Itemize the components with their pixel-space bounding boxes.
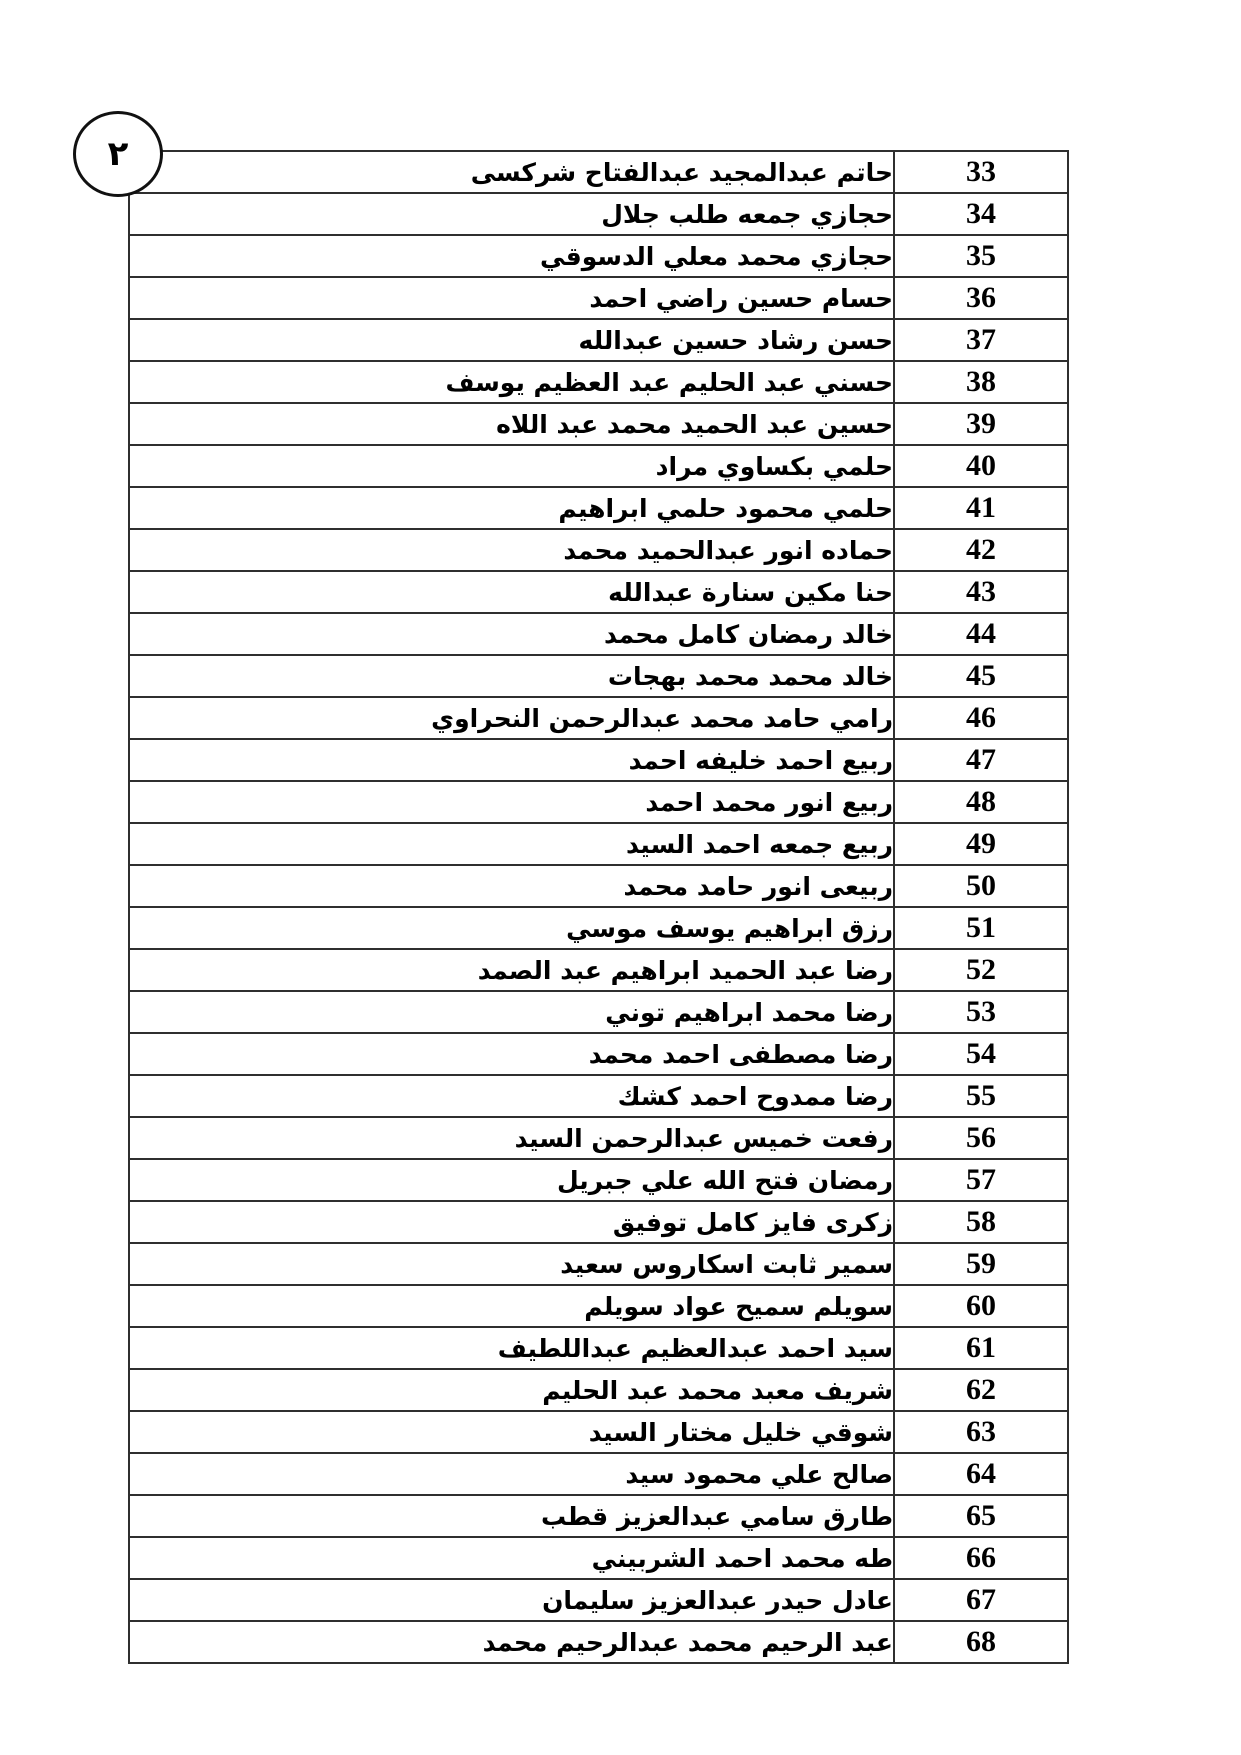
table-row: 54رضا مصطفى احمد محمد <box>129 1033 1068 1075</box>
table-row: 43حنا مكين سنارة عبدالله <box>129 571 1068 613</box>
page-number-badge: ٢ <box>73 111 163 197</box>
row-number: 65 <box>894 1495 1068 1537</box>
row-number: 41 <box>894 487 1068 529</box>
row-name: رضا محمد ابراهيم توني <box>129 991 894 1033</box>
table-row: 63شوقي خليل مختار السيد <box>129 1411 1068 1453</box>
table-row: 40حلمي بكساوي مراد <box>129 445 1068 487</box>
row-number: 35 <box>894 235 1068 277</box>
row-name: حلمي محمود حلمي ابراهيم <box>129 487 894 529</box>
row-number: 54 <box>894 1033 1068 1075</box>
row-number: 53 <box>894 991 1068 1033</box>
table-row: 42حماده انور عبدالحميد محمد <box>129 529 1068 571</box>
table-row: 56رفعت خميس عبدالرحمن السيد <box>129 1117 1068 1159</box>
table-row: 57رمضان فتح الله علي جبريل <box>129 1159 1068 1201</box>
table-row: 55رضا ممدوح احمد كشك <box>129 1075 1068 1117</box>
row-name: حماده انور عبدالحميد محمد <box>129 529 894 571</box>
table-row: 45خالد محمد محمد بهجات <box>129 655 1068 697</box>
row-number: 58 <box>894 1201 1068 1243</box>
table-row: 67عادل حيدر عبدالعزيز سليمان <box>129 1579 1068 1621</box>
row-number: 60 <box>894 1285 1068 1327</box>
table-row: 44خالد رمضان كامل محمد <box>129 613 1068 655</box>
row-name: سويلم سميح عواد سويلم <box>129 1285 894 1327</box>
row-number: 42 <box>894 529 1068 571</box>
row-name: ربيع احمد خليفه احمد <box>129 739 894 781</box>
row-name: حسني عبد الحليم عبد العظيم يوسف <box>129 361 894 403</box>
row-name: شريف معبد محمد عبد الحليم <box>129 1369 894 1411</box>
table-row: 47ربيع احمد خليفه احمد <box>129 739 1068 781</box>
row-number: 68 <box>894 1621 1068 1663</box>
row-name: حسين عبد الحميد محمد عبد اللاه <box>129 403 894 445</box>
row-number: 36 <box>894 277 1068 319</box>
row-number: 46 <box>894 697 1068 739</box>
row-name: خالد محمد محمد بهجات <box>129 655 894 697</box>
table-row: 59سمير ثابت اسكاروس سعيد <box>129 1243 1068 1285</box>
row-number: 66 <box>894 1537 1068 1579</box>
row-name: حنا مكين سنارة عبدالله <box>129 571 894 613</box>
table-row: 68عبد الرحيم محمد عبدالرحيم محمد <box>129 1621 1068 1663</box>
row-name: رزق ابراهيم يوسف موسي <box>129 907 894 949</box>
table-row: 34حجازي جمعه طلب جلال <box>129 193 1068 235</box>
table-row: 61سيد احمد عبدالعظيم عبداللطيف <box>129 1327 1068 1369</box>
row-number: 33 <box>894 151 1068 193</box>
table-row: 58زكرى فايز كامل توفيق <box>129 1201 1068 1243</box>
row-name: رامي حامد محمد عبدالرحمن النحراوي <box>129 697 894 739</box>
row-name: سمير ثابت اسكاروس سعيد <box>129 1243 894 1285</box>
table-row: 53رضا محمد ابراهيم توني <box>129 991 1068 1033</box>
table-row: 33حاتم عبدالمجيد عبدالفتاح شركسى <box>129 151 1068 193</box>
row-number: 38 <box>894 361 1068 403</box>
table-row: 50ربيعى انور حامد محمد <box>129 865 1068 907</box>
row-name: حسام حسين راضي احمد <box>129 277 894 319</box>
row-name: سيد احمد عبدالعظيم عبداللطيف <box>129 1327 894 1369</box>
row-name: حسن رشاد حسين عبدالله <box>129 319 894 361</box>
row-number: 63 <box>894 1411 1068 1453</box>
table-row: 35حجازي محمد معلي الدسوقي <box>129 235 1068 277</box>
row-number: 43 <box>894 571 1068 613</box>
row-name: رضا ممدوح احمد كشك <box>129 1075 894 1117</box>
row-number: 55 <box>894 1075 1068 1117</box>
row-name: طارق سامي عبدالعزيز قطب <box>129 1495 894 1537</box>
row-name: خالد رمضان كامل محمد <box>129 613 894 655</box>
table-row: 36حسام حسين راضي احمد <box>129 277 1068 319</box>
row-name: رمضان فتح الله علي جبريل <box>129 1159 894 1201</box>
row-name: ربيع انور محمد احمد <box>129 781 894 823</box>
row-number: 64 <box>894 1453 1068 1495</box>
row-number: 40 <box>894 445 1068 487</box>
table-row: 41حلمي محمود حلمي ابراهيم <box>129 487 1068 529</box>
row-name: ربيع جمعه احمد السيد <box>129 823 894 865</box>
row-number: 44 <box>894 613 1068 655</box>
row-number: 67 <box>894 1579 1068 1621</box>
row-name: حاتم عبدالمجيد عبدالفتاح شركسى <box>129 151 894 193</box>
table-row: 65طارق سامي عبدالعزيز قطب <box>129 1495 1068 1537</box>
row-number: 57 <box>894 1159 1068 1201</box>
table-row: 37حسن رشاد حسين عبدالله <box>129 319 1068 361</box>
names-table: 33حاتم عبدالمجيد عبدالفتاح شركسى34حجازي … <box>128 150 1069 1664</box>
row-name: طه محمد احمد الشربيني <box>129 1537 894 1579</box>
document-page: ٢ 33حاتم عبدالمجيد عبدالفتاح شركسى34حجاز… <box>0 0 1241 1755</box>
row-number: 56 <box>894 1117 1068 1159</box>
row-name: زكرى فايز كامل توفيق <box>129 1201 894 1243</box>
table-body: 33حاتم عبدالمجيد عبدالفتاح شركسى34حجازي … <box>129 151 1068 1663</box>
row-number: 45 <box>894 655 1068 697</box>
table-row: 39حسين عبد الحميد محمد عبد اللاه <box>129 403 1068 445</box>
row-name: عادل حيدر عبدالعزيز سليمان <box>129 1579 894 1621</box>
row-number: 51 <box>894 907 1068 949</box>
row-number: 48 <box>894 781 1068 823</box>
row-name: صالح علي محمود سيد <box>129 1453 894 1495</box>
row-name: رفعت خميس عبدالرحمن السيد <box>129 1117 894 1159</box>
row-number: 59 <box>894 1243 1068 1285</box>
row-number: 34 <box>894 193 1068 235</box>
row-name: حجازي جمعه طلب جلال <box>129 193 894 235</box>
table-row: 64صالح علي محمود سيد <box>129 1453 1068 1495</box>
row-name: ربيعى انور حامد محمد <box>129 865 894 907</box>
row-name: حلمي بكساوي مراد <box>129 445 894 487</box>
row-name: رضا مصطفى احمد محمد <box>129 1033 894 1075</box>
row-number: 49 <box>894 823 1068 865</box>
table-row: 62شريف معبد محمد عبد الحليم <box>129 1369 1068 1411</box>
row-number: 39 <box>894 403 1068 445</box>
row-name: حجازي محمد معلي الدسوقي <box>129 235 894 277</box>
table-row: 52رضا عبد الحميد ابراهيم عبد الصمد <box>129 949 1068 991</box>
table-row: 51رزق ابراهيم يوسف موسي <box>129 907 1068 949</box>
row-number: 62 <box>894 1369 1068 1411</box>
table-row: 38حسني عبد الحليم عبد العظيم يوسف <box>129 361 1068 403</box>
row-number: 61 <box>894 1327 1068 1369</box>
table-row: 49ربيع جمعه احمد السيد <box>129 823 1068 865</box>
row-name: عبد الرحيم محمد عبدالرحيم محمد <box>129 1621 894 1663</box>
row-number: 37 <box>894 319 1068 361</box>
table-row: 60سويلم سميح عواد سويلم <box>129 1285 1068 1327</box>
row-name: شوقي خليل مختار السيد <box>129 1411 894 1453</box>
row-name: رضا عبد الحميد ابراهيم عبد الصمد <box>129 949 894 991</box>
row-number: 50 <box>894 865 1068 907</box>
table-row: 48ربيع انور محمد احمد <box>129 781 1068 823</box>
table-row: 46رامي حامد محمد عبدالرحمن النحراوي <box>129 697 1068 739</box>
row-number: 52 <box>894 949 1068 991</box>
table-row: 66طه محمد احمد الشربيني <box>129 1537 1068 1579</box>
row-number: 47 <box>894 739 1068 781</box>
